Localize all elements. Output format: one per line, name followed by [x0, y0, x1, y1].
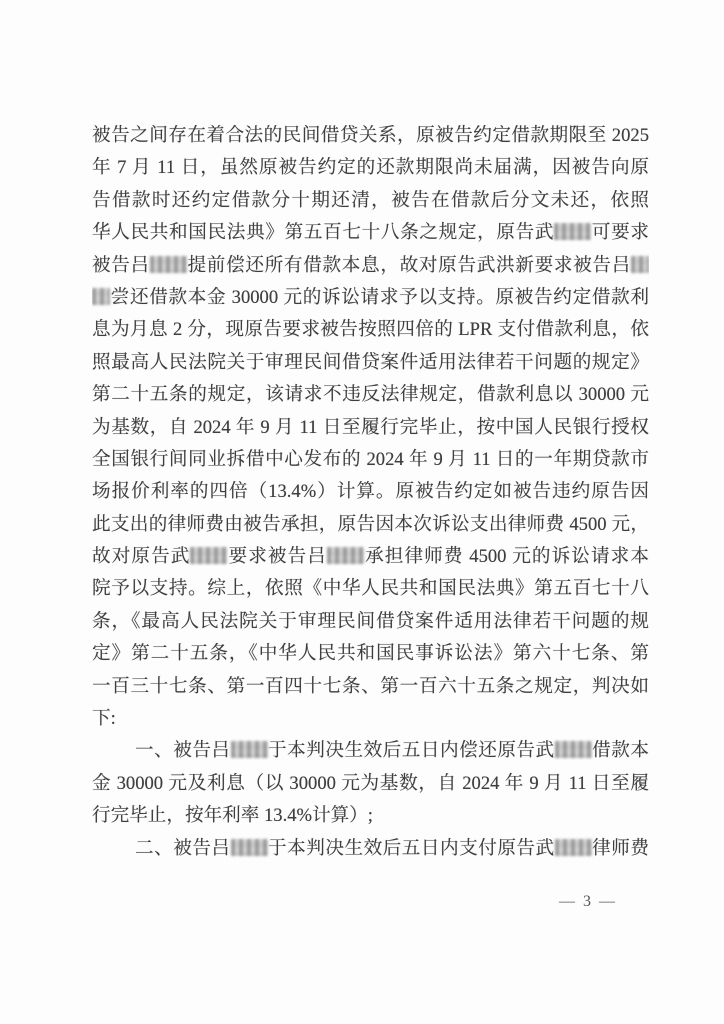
text-line: 照最高人民法院关于审理民间借贷案件适用法律若干问题的规定》 — [92, 347, 649, 379]
redacted-name — [92, 288, 110, 305]
text-line: 故对原告武要求被告吕承担律师费 4500 元的诉讼请求本 — [92, 541, 649, 573]
judgment-text: 被告之间存在着合法的民间借贷关系，原被告约定借款期限至 2025年 7 月 11… — [92, 120, 649, 865]
text-run: 承担律师费 4500 元的诉讼请求本 — [364, 546, 649, 567]
text-run: 定》第二十五条，《中华人民共和国民事诉讼法》第六十七条、第 — [92, 643, 649, 664]
text-run: 借款本 — [592, 740, 649, 761]
text-run: 一、被告吕 — [135, 740, 231, 761]
redacted-name — [150, 256, 187, 273]
text-line: 定》第二十五条，《中华人民共和国民事诉讼法》第六十七条、第 — [92, 638, 649, 670]
text-run: 二、被告吕 — [135, 838, 231, 859]
text-run: 故对原告武 — [92, 546, 190, 567]
text-line: 第二十五条的规定，该请求不违反法律规定，借款利息以 30000 元 — [92, 379, 649, 411]
redacted-name — [555, 839, 592, 856]
text-line: 行完毕止，按年利率 13.4%计算）; — [92, 800, 649, 832]
text-line: 此支出的律师费由被告承担，原告因本次诉讼支出律师费 4500 元， — [92, 509, 649, 541]
text-run: 第二十五条的规定，该请求不违反法律规定，借款利息以 30000 元 — [92, 384, 649, 405]
text-run: 息为月息 2 分，现原告要求被告按照四倍的 LPR 支付借款利息，依 — [92, 319, 649, 340]
text-line: 告借款时还约定借款分十期还清，被告在借款后分文未还，依照《中 — [92, 185, 649, 217]
text-run: 律师费 — [592, 838, 649, 859]
redacted-name — [190, 547, 227, 564]
text-run: 全国银行间同业拆借中心发布的 2024 年 9 月 11 日的一年期贷款市 — [92, 449, 649, 470]
text-line: 全国银行间同业拆借中心发布的 2024 年 9 月 11 日的一年期贷款市 — [92, 444, 649, 476]
text-run: 场报价利率的四倍（13.4%）计算。原被告约定如被告违约原告因 — [92, 481, 649, 502]
scanned-judgment-page: 被告之间存在着合法的民间借贷关系，原被告约定借款期限至 2025年 7 月 11… — [0, 0, 724, 1024]
page-number: — 3 — — [548, 893, 628, 911]
text-line: 一、被告吕于本判决生效后五日内偿还原告武借款本 — [92, 735, 649, 767]
text-line: 被告吕提前偿还所有借款本息，故对原告武洪新要求被告吕 — [92, 250, 649, 282]
redacted-name — [231, 839, 268, 856]
text-run: 金 30000 元及利息（以 30000 元为基数，自 2024 年 9 月 1… — [92, 773, 649, 794]
redacted-name — [327, 547, 364, 564]
text-run: 下: — [92, 708, 116, 729]
text-run: 于本判决生效后五日内支付原告武 — [268, 838, 555, 859]
text-line: 二、被告吕于本判决生效后五日内支付原告武律师费 — [92, 833, 649, 865]
text-line: 金 30000 元及利息（以 30000 元为基数，自 2024 年 9 月 1… — [92, 768, 649, 800]
text-run: 被告吕 — [92, 255, 150, 276]
text-run: 条，《最高人民法院关于审理民间借贷案件适用法律若干问题的规 — [92, 611, 649, 632]
text-line: 为基数，自 2024 年 9 月 11 日至履行完毕止，按中国人民银行授权 — [92, 412, 649, 444]
text-line: 年 7 月 11 日，虽然原被告约定的还款期限尚未届满，因被告向原 — [92, 152, 649, 184]
text-run: 照最高人民法院关于审理民间借贷案件适用法律若干问题的规定》 — [92, 352, 649, 373]
text-line: 华人民共和国民法典》第五百七十八条之规定，原告武可要求 — [92, 217, 649, 249]
text-run: 为基数，自 2024 年 9 月 11 日至履行完毕止，按中国人民银行授权 — [92, 417, 649, 438]
text-run: 要求被告吕 — [227, 546, 327, 567]
text-run: 华人民共和国民法典》第五百七十八条之规定，原告武 — [92, 222, 554, 243]
redacted-name — [631, 256, 649, 273]
text-line: 场报价利率的四倍（13.4%）计算。原被告约定如被告违约原告因 — [92, 476, 649, 508]
text-line: 息为月息 2 分，现原告要求被告按照四倍的 LPR 支付借款利息，依 — [92, 314, 649, 346]
text-line: 院予以支持。综上，依照《中华人民共和国民法典》第五百七十八 — [92, 573, 649, 605]
text-run: 可要求 — [591, 222, 649, 243]
text-run: 于本判决生效后五日内偿还原告武 — [268, 740, 555, 761]
redacted-name — [554, 223, 591, 240]
text-run: 年 7 月 11 日，虽然原被告约定的还款期限尚未届满，因被告向原 — [92, 157, 649, 178]
redacted-name — [231, 741, 268, 758]
text-run: 此支出的律师费由被告承担，原告因本次诉讼支出律师费 4500 元， — [92, 514, 649, 535]
text-run: 被告之间存在着合法的民间借贷关系，原被告约定借款期限至 2025 — [92, 125, 649, 146]
text-line: 被告之间存在着合法的民间借贷关系，原被告约定借款期限至 2025 — [92, 120, 649, 152]
text-run: 行完毕止，按年利率 13.4%计算）; — [92, 805, 373, 826]
text-run: 尝还借款本金 30000 元的诉讼请求予以支持。原被告约定借款利 — [110, 287, 649, 308]
text-line: 尝还借款本金 30000 元的诉讼请求予以支持。原被告约定借款利 — [92, 282, 649, 314]
redacted-name — [555, 741, 592, 758]
text-run: 院予以支持。综上，依照《中华人民共和国民法典》第五百七十八 — [92, 578, 649, 599]
text-run: 提前偿还所有借款本息，故对原告武洪新要求被告吕 — [187, 255, 631, 276]
text-line: 下: — [92, 703, 649, 735]
text-run: 一百三十七条、第一百四十七条、第一百六十五条之规定，判决如 — [92, 676, 649, 697]
text-line: 条，《最高人民法院关于审理民间借贷案件适用法律若干问题的规 — [92, 606, 649, 638]
text-line: 一百三十七条、第一百四十七条、第一百六十五条之规定，判决如 — [92, 671, 649, 703]
text-run: 告借款时还约定借款分十期还清，被告在借款后分文未还，依照《中 — [92, 190, 649, 217]
